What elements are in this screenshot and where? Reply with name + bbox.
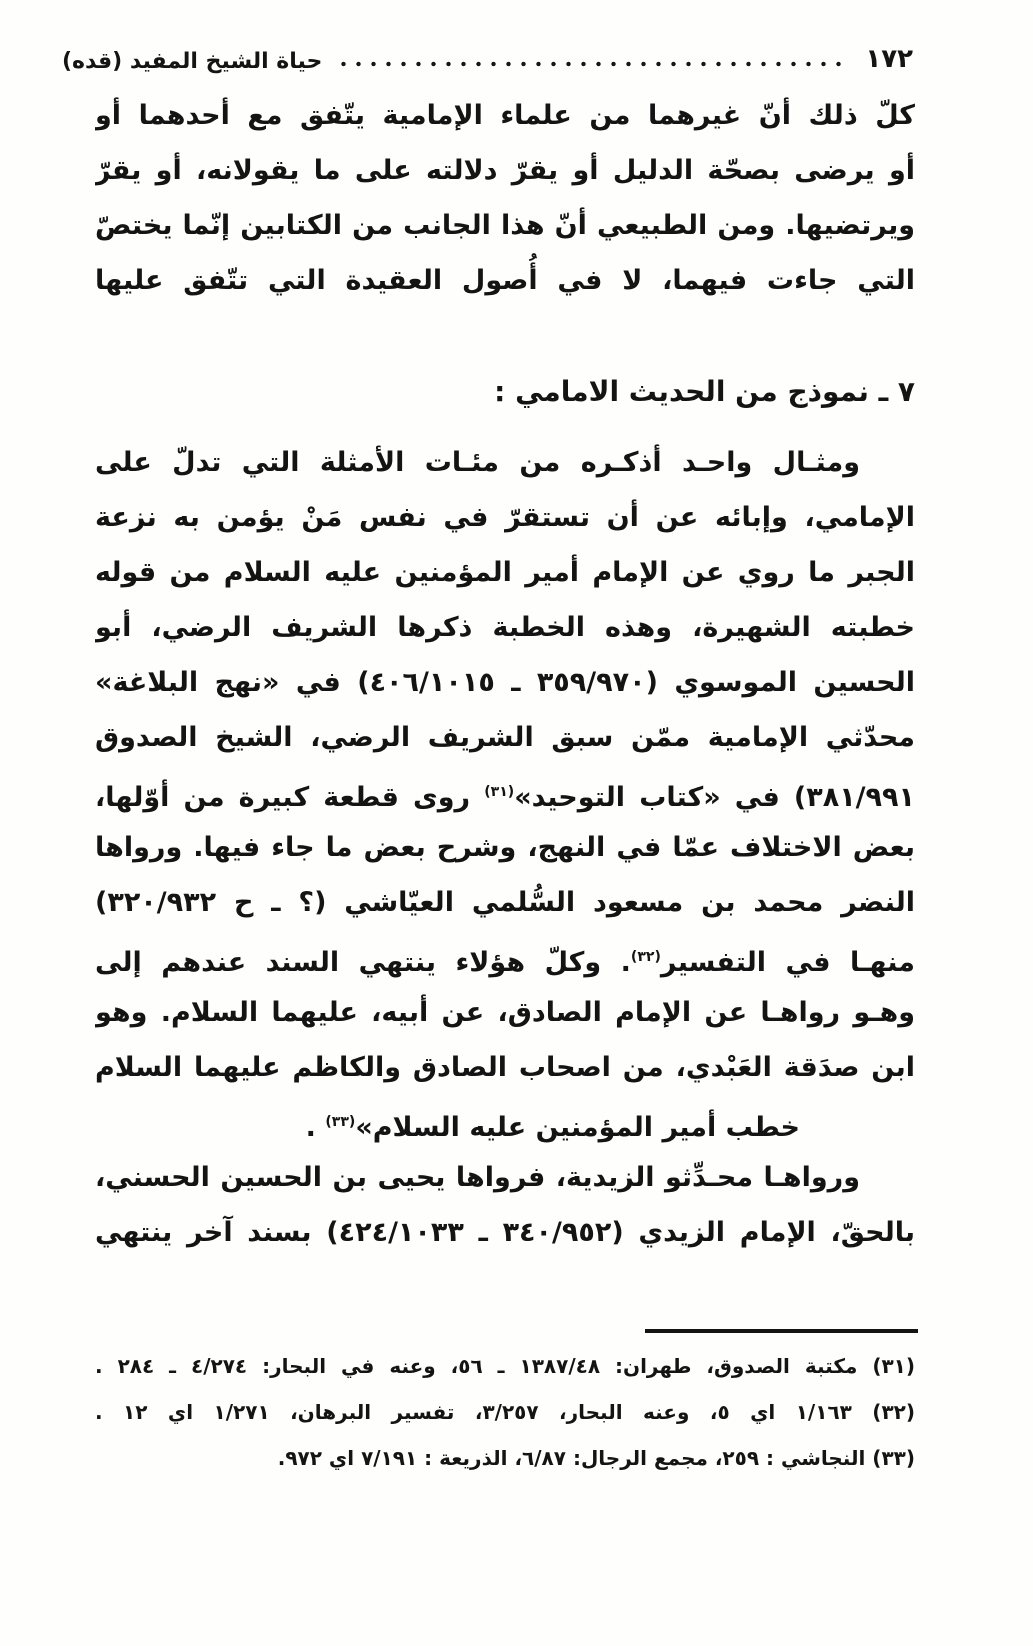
page-header: حياة الشيخ المفيد (قده) ١٧٢ (62, 30, 913, 74)
footnote-33: (٣٣) النجاشي : ٢٥٩، مجمع الرجال: ٦/٨٧، ا… (95, 1435, 915, 1481)
body-line: أو يرضى بصحّة الدليل أو يقرّ دلالته على … (95, 143, 915, 198)
section-heading: ٧ ـ نموذج من الحديث الامامي : (95, 364, 915, 419)
body-line: محدّثي الإمامية ممّن سبق الشريف الرضي، ا… (95, 710, 915, 765)
paragraph-1: كلّ ذلك أنّ غيرهما من علماء الإمامية يتّ… (95, 88, 915, 308)
body-line-with-footnote-ref: منهـا في التفسير(٣٢). وكلّ هؤلاء ينتهي ا… (95, 930, 915, 985)
dotted-leader (336, 60, 851, 68)
body-line-with-footnote-ref: خطب أمير المؤمنين عليه السلام»(٣٣) . (95, 1095, 915, 1150)
body-line: ويرتضيها. ومن الطبيعي أنّ هذا الجانب من … (95, 198, 915, 253)
paragraph-3: ورواهـا محـدِّثو الزيدية، فرواها يحيى بن… (95, 1150, 915, 1260)
page-body: كلّ ذلك أنّ غيرهما من علماء الإمامية يتّ… (95, 88, 915, 1260)
body-line: النضر محمد بن مسعود السُّلمي العيّاشي (؟… (95, 875, 915, 930)
running-title: حياة الشيخ المفيد (قده) (62, 49, 322, 74)
book-page: حياة الشيخ المفيد (قده) ١٧٢ كلّ ذلك أنّ … (0, 0, 1033, 1646)
body-line: بعض الاختلاف عمّا في النهج، وشرح بعض ما … (95, 820, 915, 875)
body-line: التي جاءت فيهما، لا في أُصول العقيدة الت… (95, 253, 915, 308)
body-line-with-footnote-ref: ٣٨١/٩٩١) في «كتاب التوحيد»(٣١) روى قطعة … (95, 765, 915, 820)
footnotes: (٣١) مكتبة الصدوق، طهران: ١٣٨٧/٤٨ ـ ٥٦، … (95, 1343, 915, 1481)
body-line: بالحقّ، الإمام الزيدي (٣٤٠/٩٥٢ ـ ٤٢٤/١٠٣… (95, 1205, 915, 1260)
body-line: ابن صدَقة العَبْدي، من اصحاب الصادق والك… (95, 1040, 915, 1095)
body-line: كلّ ذلك أنّ غيرهما من علماء الإمامية يتّ… (95, 88, 915, 143)
page-number: ١٧٢ (865, 44, 913, 74)
footnote-31: (٣١) مكتبة الصدوق، طهران: ١٣٨٧/٤٨ ـ ٥٦، … (95, 1343, 915, 1389)
body-line: ورواهـا محـدِّثو الزيدية، فرواها يحيى بن… (95, 1150, 915, 1205)
body-line: خطبته الشهيرة، وهذه الخطبة ذكرها الشريف … (95, 600, 915, 655)
body-line: الإمامي، وإبائه عن أن تستقرّ في نفس مَنْ… (95, 490, 915, 545)
footnote-separator-rule (645, 1329, 918, 1333)
body-line: الجبر ما روي عن الإمام أمير المؤمنين علي… (95, 545, 915, 600)
paragraph-2: ومثـال واحـد أذكـره من مئـات الأمثلة الت… (95, 435, 915, 1150)
body-line: وهـو رواهـا عن الإمام الصادق، عن أبيه، ع… (95, 985, 915, 1040)
footnote-32: (٣٢) ١/١٦٣ اي ٥، وعنه البحار، ٣/٢٥٧، تفس… (95, 1389, 915, 1435)
body-line: الحسين الموسوي (٣٥٩/٩٧٠ ـ ٤٠٦/١٠١٥) في «… (95, 655, 915, 710)
body-line: ومثـال واحـد أذكـره من مئـات الأمثلة الت… (95, 435, 915, 490)
